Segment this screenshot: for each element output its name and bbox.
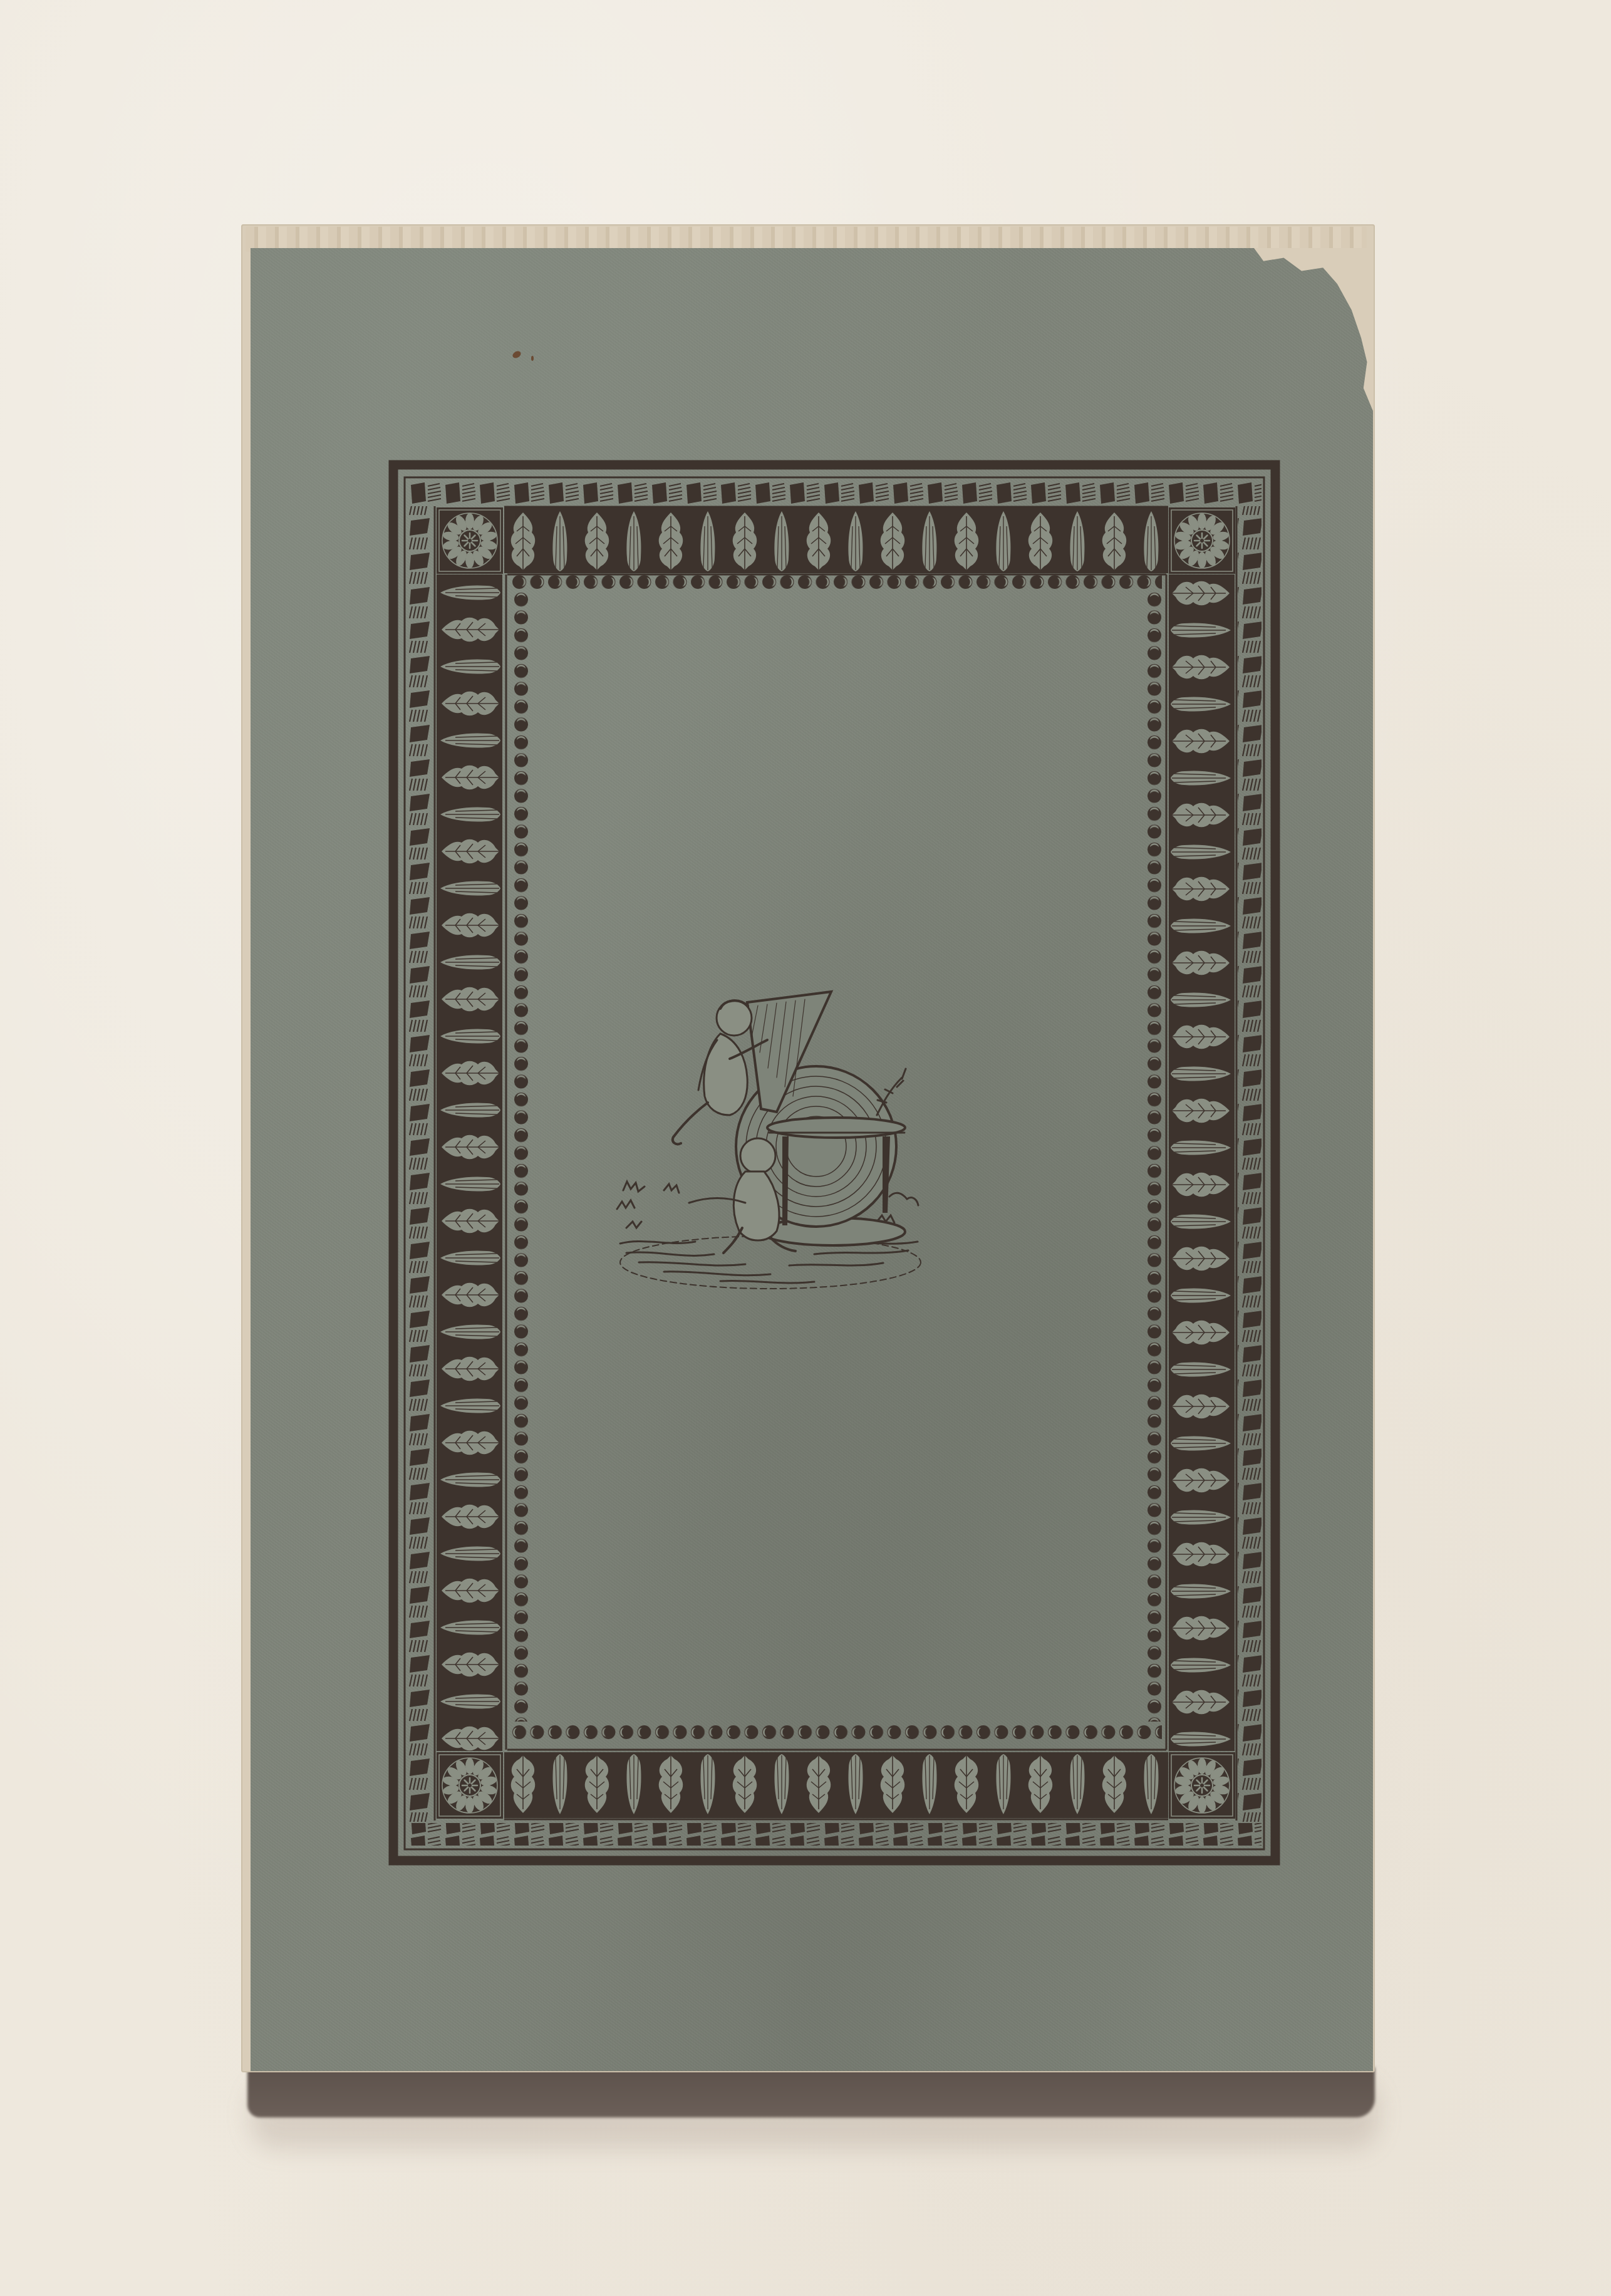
acanthus-band-right (1169, 574, 1235, 1751)
lozenge-strip-top (408, 482, 1261, 505)
ornamental-border (0, 0, 1611, 2296)
putti-globe-vignette (617, 992, 921, 1289)
rosette-corner-bottom-right (1169, 1752, 1235, 1819)
lozenge-strip-right (1238, 506, 1261, 1822)
lozenge-strip-bottom (408, 1823, 1261, 1846)
rosette-corner-top-left (437, 507, 503, 574)
rosette-corner-top-right (1169, 507, 1235, 574)
acanthus-band-left (437, 574, 502, 1751)
acanthus-band-top (504, 507, 1168, 573)
rosette-corner-bottom-left (437, 1752, 503, 1819)
lozenge-strip-left (408, 506, 432, 1822)
bead-row-bottom (510, 1724, 1162, 1740)
plant-sprig (877, 1069, 906, 1115)
bead-row-top (510, 574, 1162, 590)
bead-row-right (1146, 591, 1163, 1722)
bead-row-left (513, 591, 529, 1722)
acanthus-band-bottom (504, 1752, 1168, 1818)
